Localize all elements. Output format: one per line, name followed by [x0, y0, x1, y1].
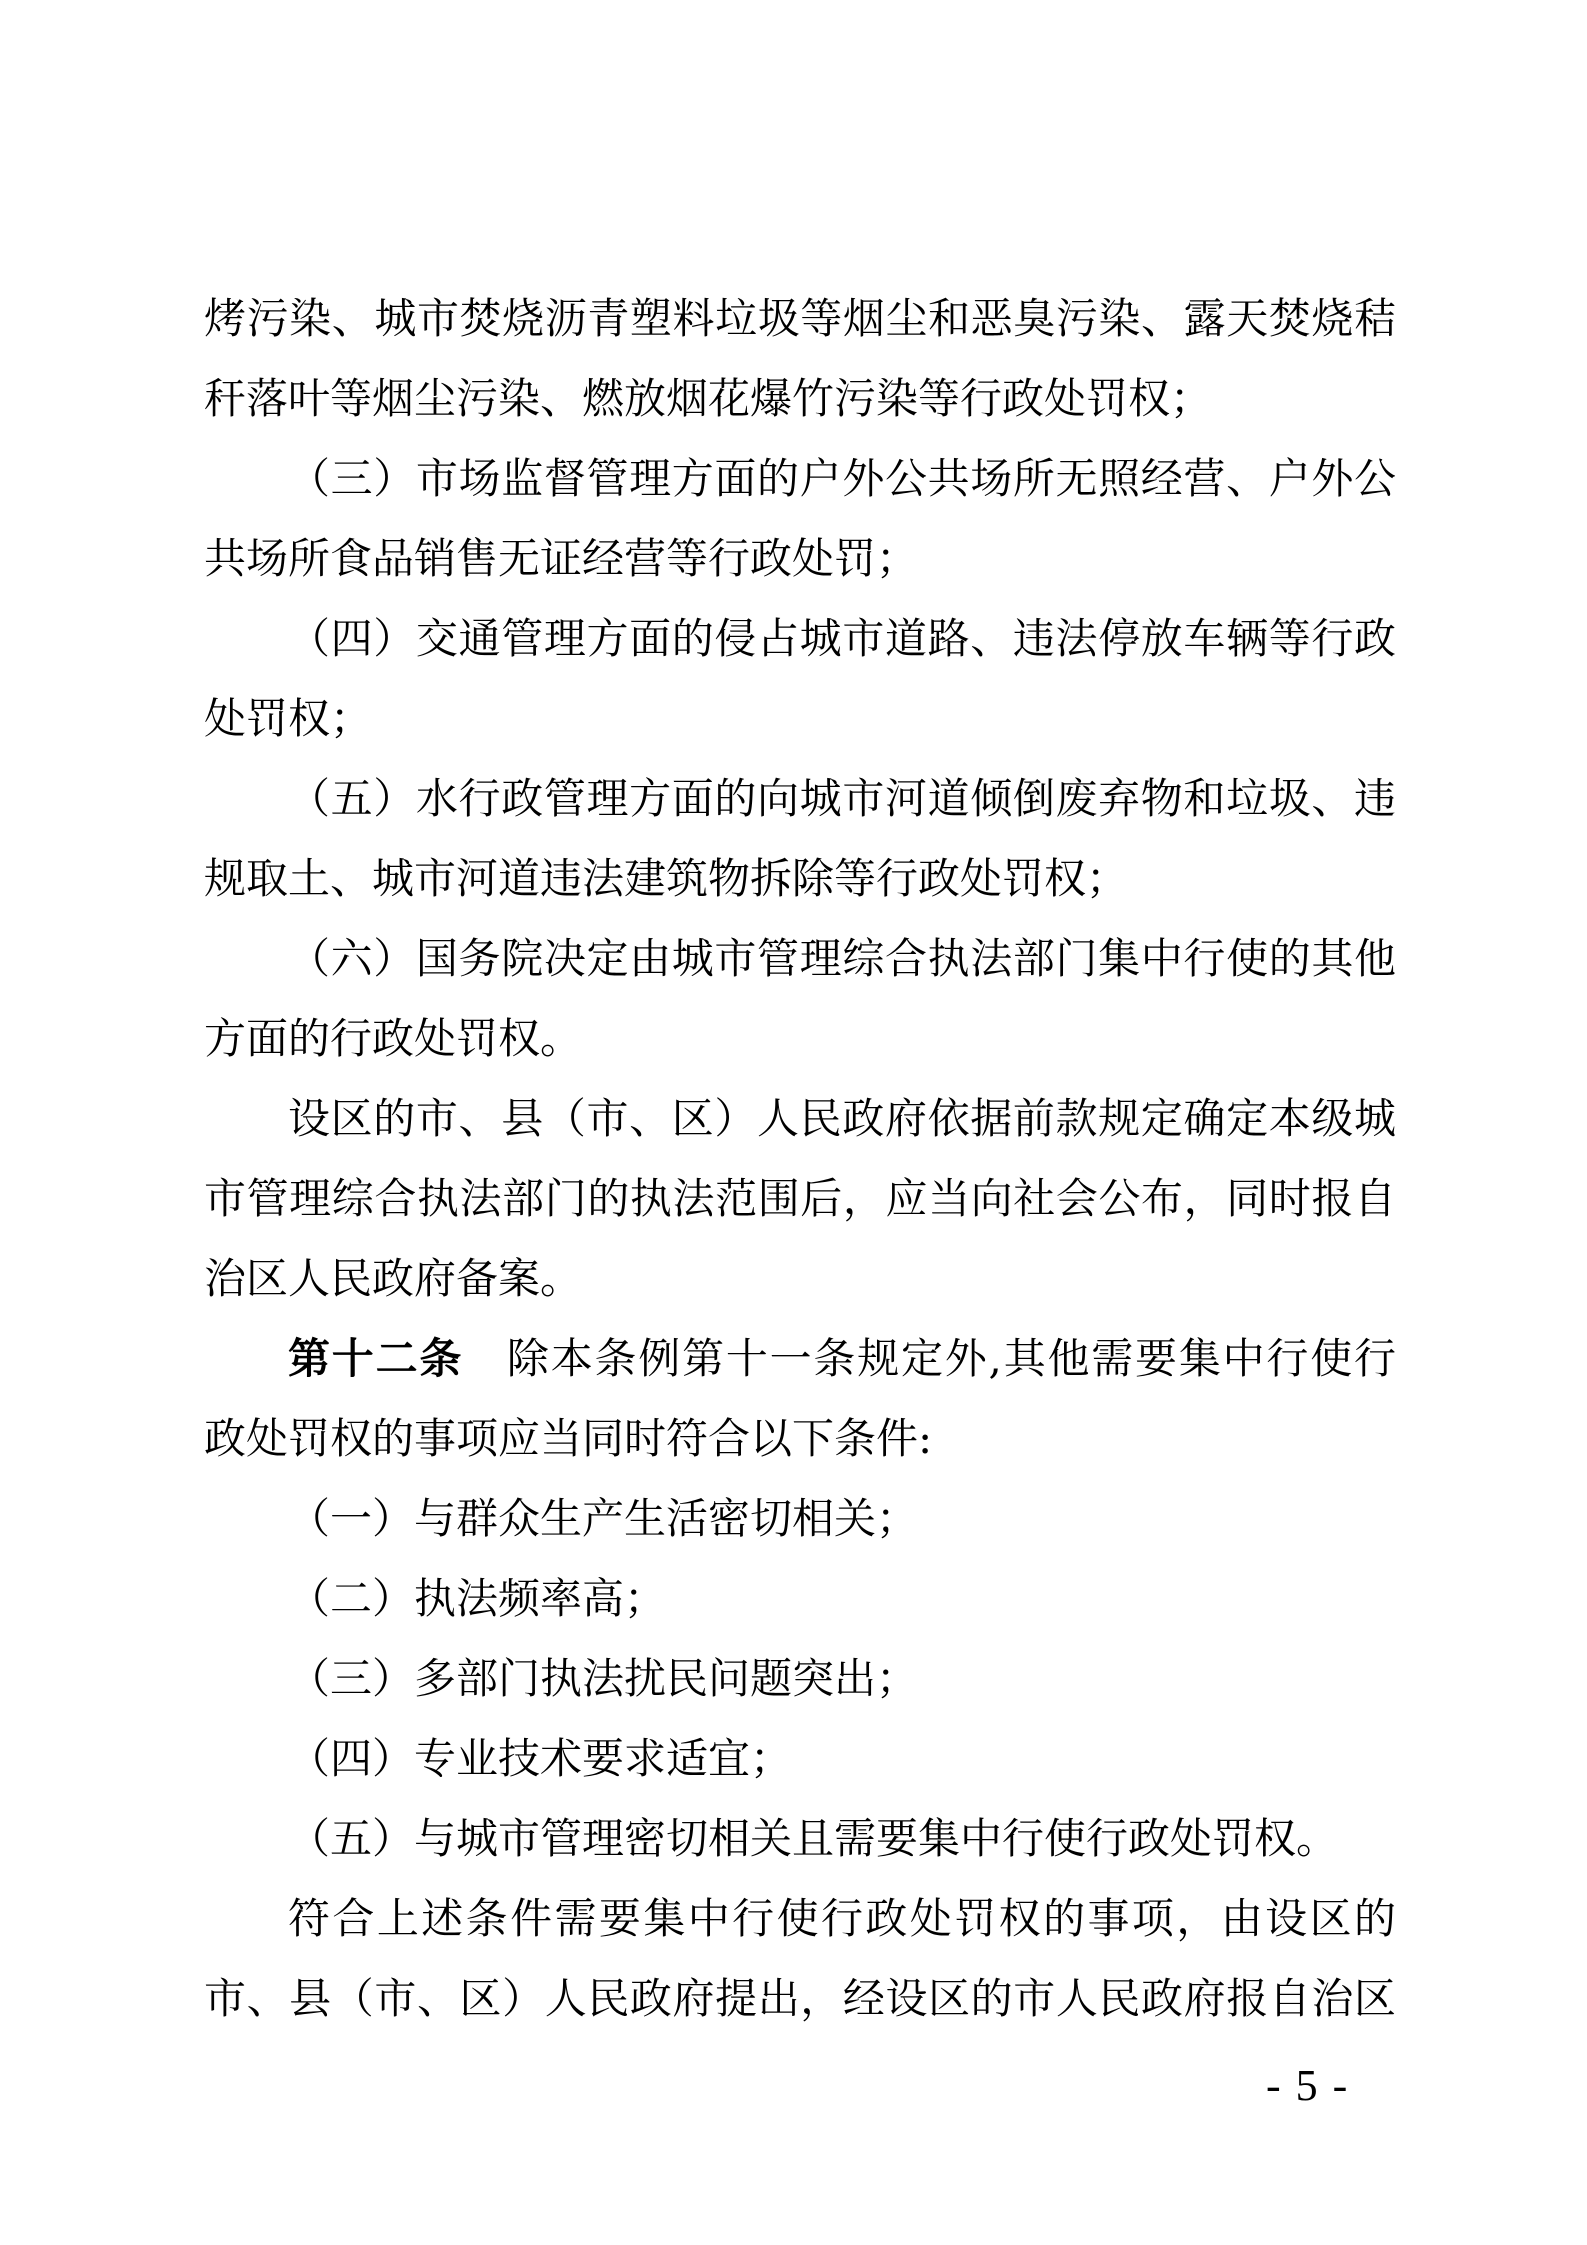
text-line: （二）执法频率高；: [204, 1559, 1396, 1639]
text-line: 烤污染、城市焚烧沥青塑料垃圾等烟尘和恶臭污染、露天焚烧秸: [204, 279, 1396, 359]
text-line: 市、县（市、区）人民政府提出，经设区的市人民政府报自治区: [204, 1959, 1396, 2039]
line-text: 除本条例第十一条规定外,其他需要集中行使行: [463, 1334, 1396, 1383]
text-line: 设区的市、县（市、区）人民政府依据前款规定确定本级城: [204, 1079, 1396, 1159]
text-line: 规取土、城市河道违法建筑物拆除等行政处罚权；: [204, 839, 1396, 919]
text-line: 政处罚权的事项应当同时符合以下条件:: [204, 1399, 1396, 1479]
text-line: （五）与城市管理密切相关且需要集中行使行政处罚权。: [204, 1799, 1396, 1879]
page-number: - 5 -: [1266, 2062, 1349, 2110]
text-line: （三）市场监督管理方面的户外公共场所无照经营、户外公: [204, 439, 1396, 519]
text-line: 秆落叶等烟尘污染、燃放烟花爆竹污染等行政处罚权；: [204, 359, 1396, 439]
text-line: 方面的行政处罚权。: [204, 999, 1396, 1079]
document-page: 烤污染、城市焚烧沥青塑料垃圾等烟尘和恶臭污染、露天焚烧秸秆落叶等烟尘污染、燃放烟…: [0, 0, 1587, 2245]
text-line: 市管理综合执法部门的执法范围后，应当向社会公布，同时报自: [204, 1159, 1396, 1239]
text-line: 处罚权；: [204, 679, 1396, 759]
text-line: （一）与群众生产生活密切相关；: [204, 1479, 1396, 1559]
text-line: （五）水行政管理方面的向城市河道倾倒废弃物和垃圾、违: [204, 759, 1396, 839]
text-line: （四）交通管理方面的侵占城市道路、违法停放车辆等行政: [204, 599, 1396, 679]
text-line: 符合上述条件需要集中行使行政处罚权的事项，由设区的: [204, 1879, 1396, 1959]
text-line: （三）多部门执法扰民问题突出；: [204, 1639, 1396, 1719]
text-line: 第十二条 除本条例第十一条规定外,其他需要集中行使行: [204, 1319, 1396, 1399]
article-number: 第十二条: [288, 1334, 463, 1383]
text-line: 治区人民政府备案。: [204, 1239, 1396, 1319]
text-line: （四）专业技术要求适宜；: [204, 1719, 1396, 1799]
document-body: 烤污染、城市焚烧沥青塑料垃圾等烟尘和恶臭污染、露天焚烧秸秆落叶等烟尘污染、燃放烟…: [204, 279, 1396, 2039]
text-line: （六）国务院决定由城市管理综合执法部门集中行使的其他: [204, 919, 1396, 999]
text-line: 共场所食品销售无证经营等行政处罚；: [204, 519, 1396, 599]
